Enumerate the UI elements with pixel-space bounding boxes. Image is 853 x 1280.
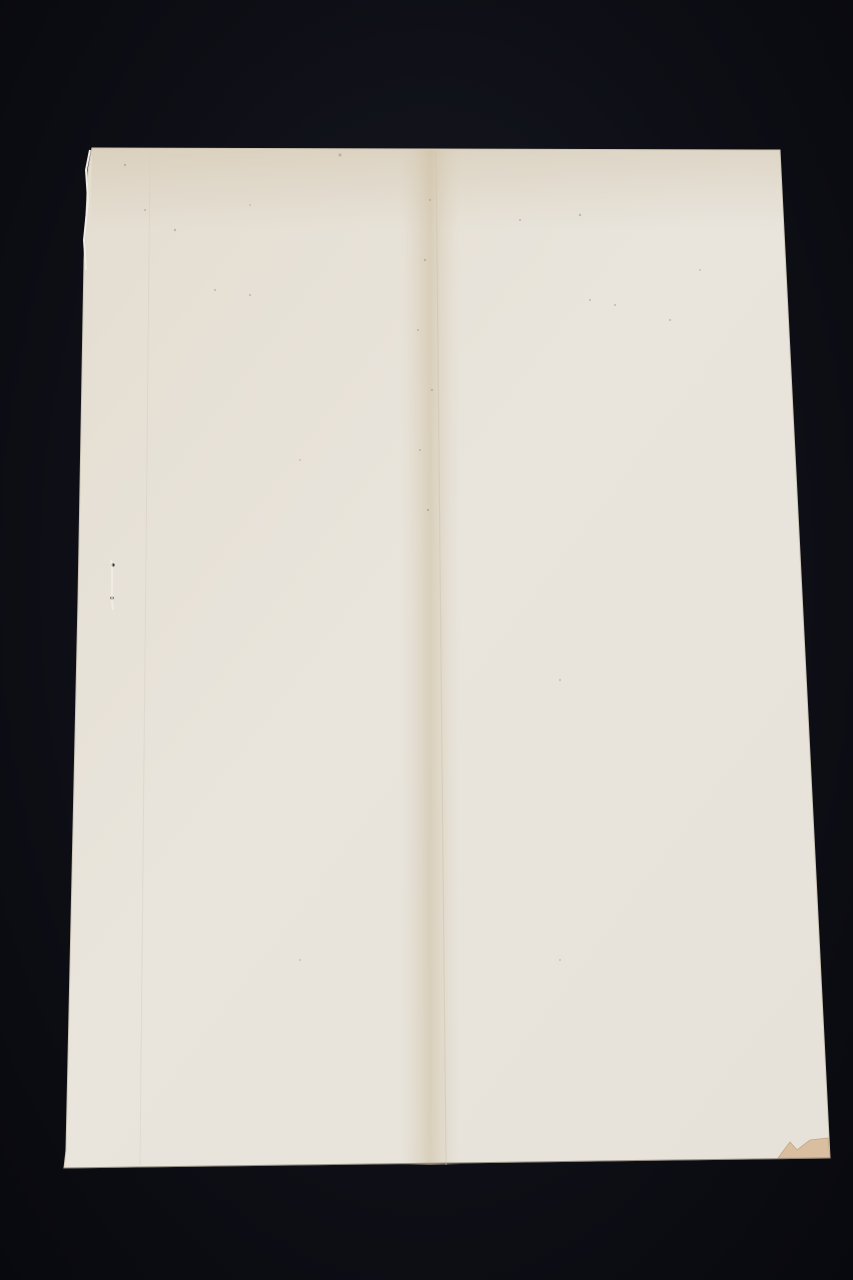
photo-scene bbox=[0, 0, 853, 1280]
center-fold bbox=[400, 150, 460, 1165]
paper-sheet bbox=[0, 0, 853, 1280]
